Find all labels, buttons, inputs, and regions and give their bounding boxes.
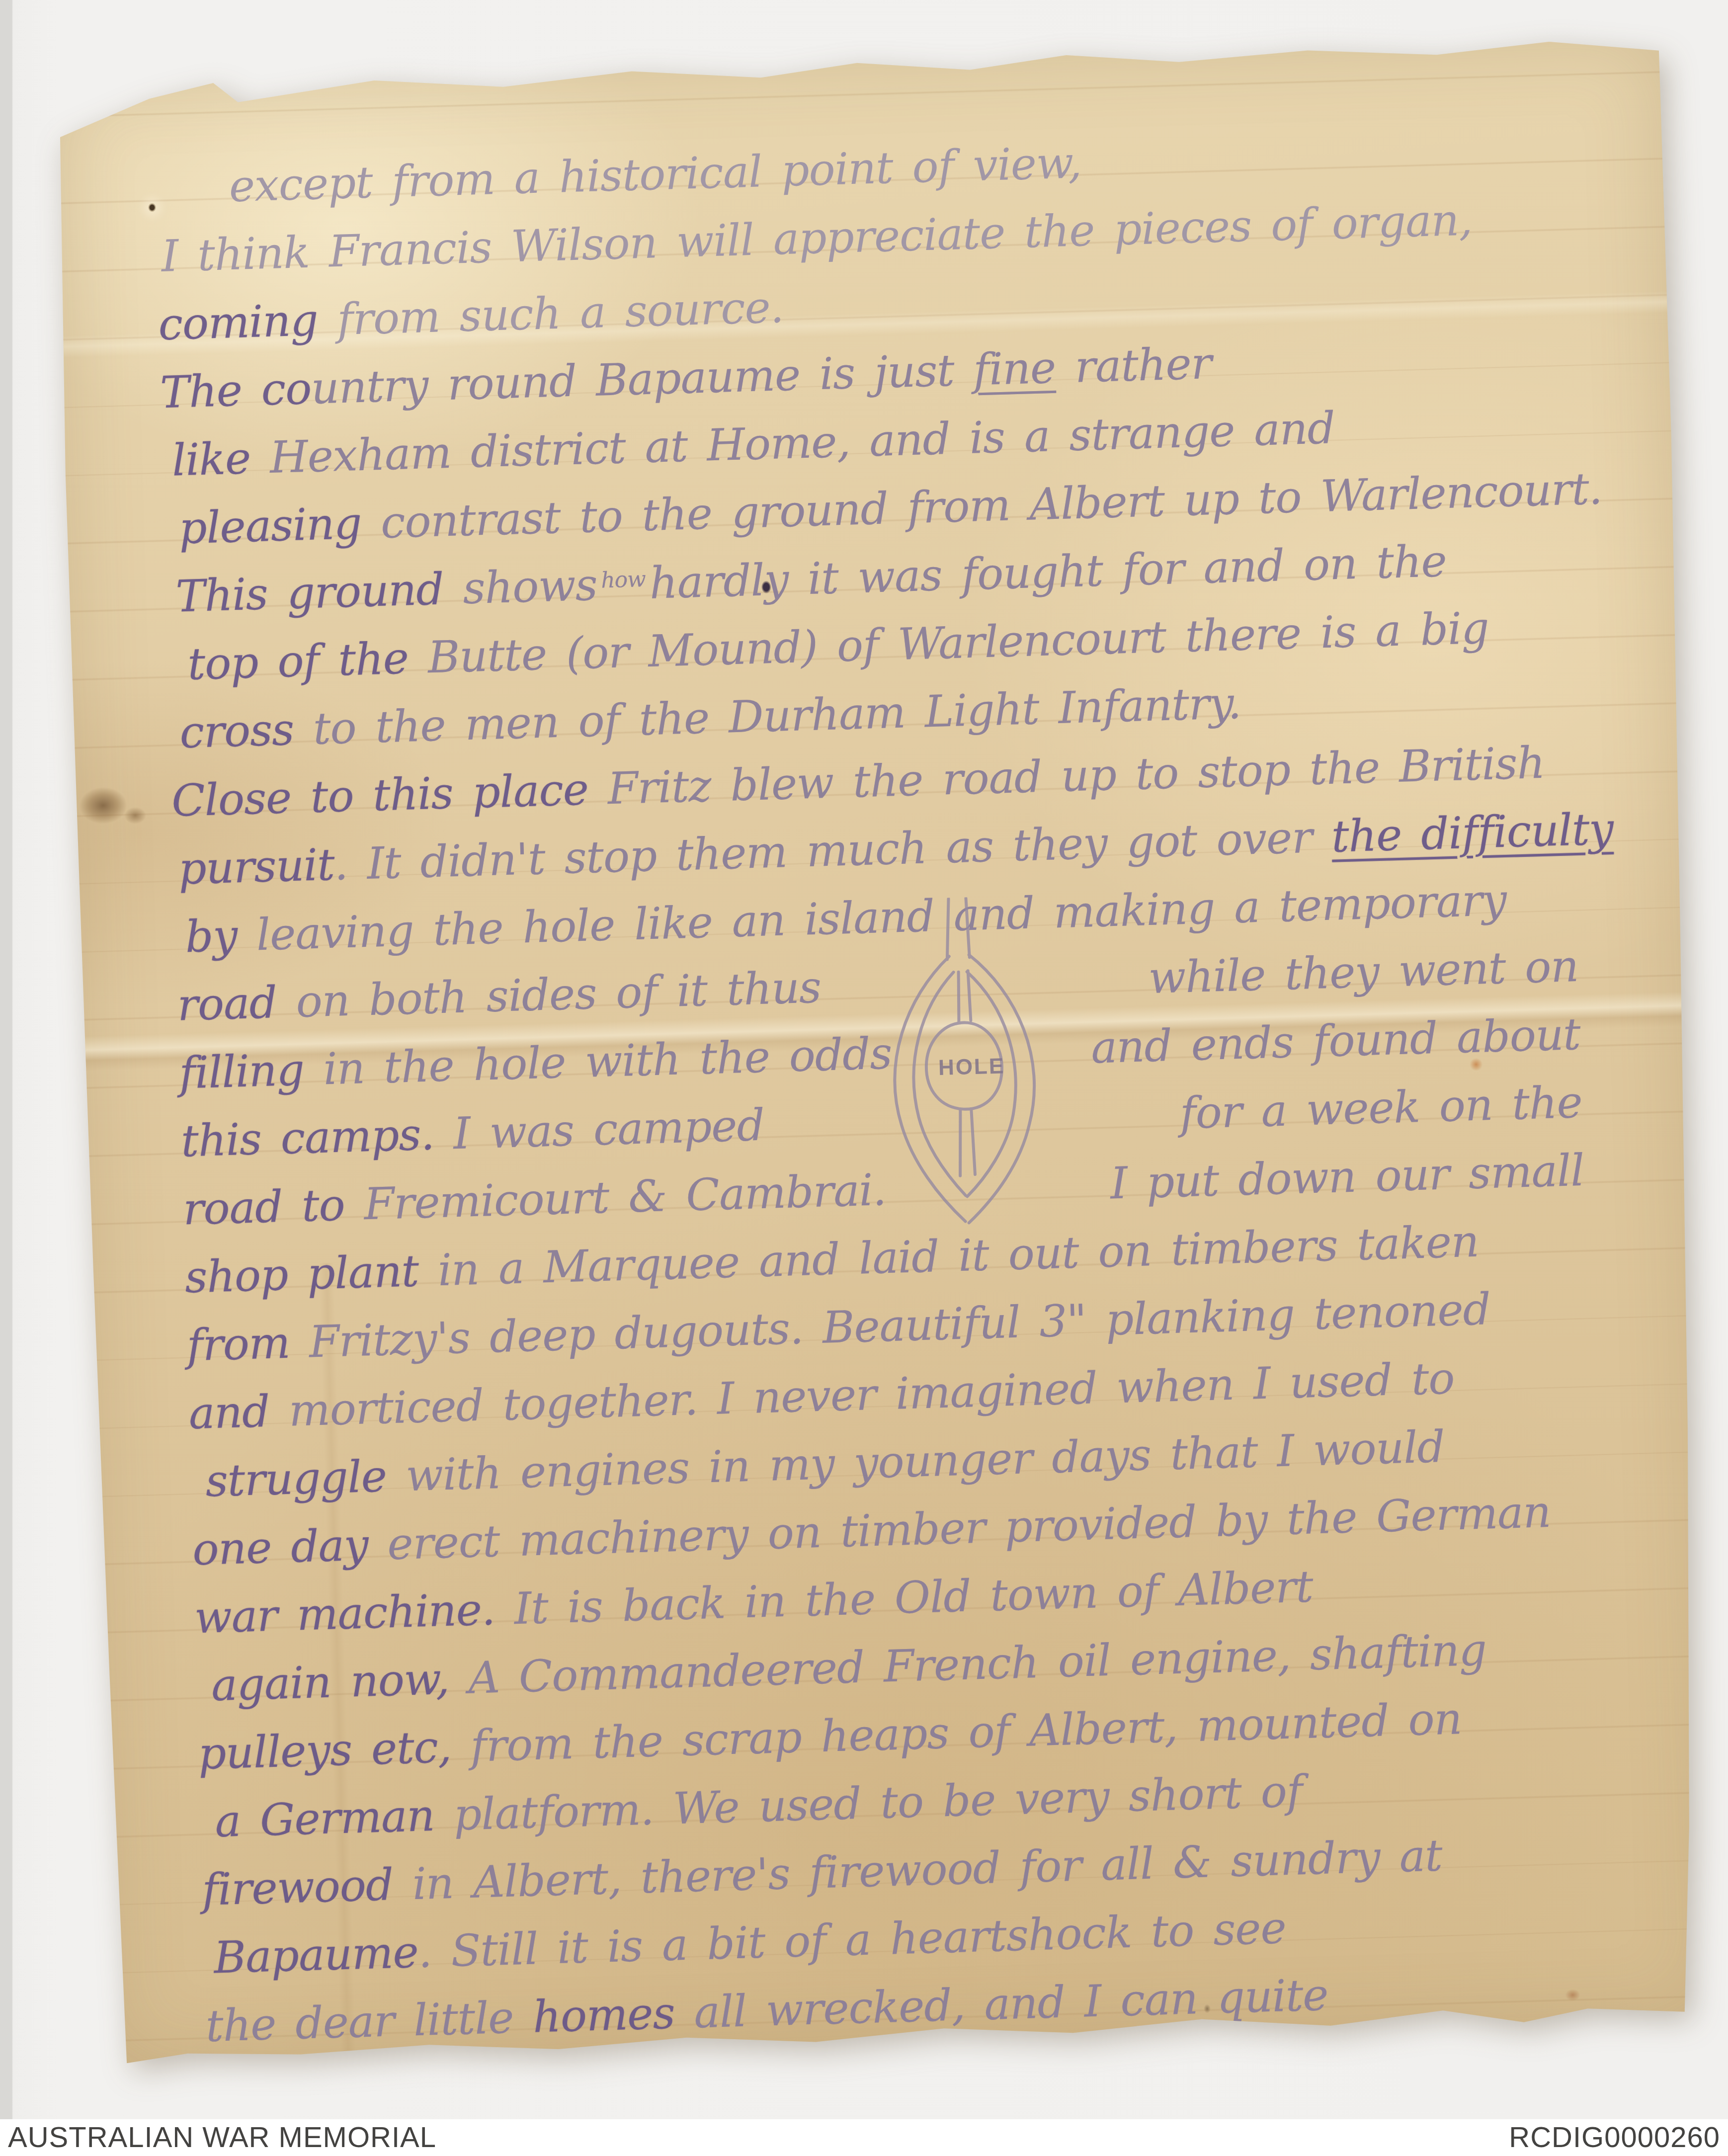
handwritten-segment: I was camped	[433, 1099, 765, 1160]
handwritten-segment: on both sides of it thus	[276, 962, 822, 1028]
handwritten-segment: struggle	[205, 1450, 387, 1506]
handwritten-segment: shop plant	[184, 1245, 419, 1303]
handwritten-segment: one day	[192, 1519, 369, 1575]
road-line	[958, 1110, 962, 1176]
footer-reference-id: RCDIG0000260	[1509, 2123, 1720, 2152]
handwritten-segment: Close to this place	[171, 763, 589, 826]
handwritten-segment: hardly it was fought for and on the	[649, 535, 1447, 609]
handwritten-segment: how	[601, 567, 646, 593]
handwritten-segment-group: I put down our small	[1109, 1136, 1585, 1218]
road-line	[971, 1110, 975, 1174]
handwritten-segment: pulleys etc,	[197, 1721, 452, 1779]
handwritten-segment: the difficulty	[1331, 803, 1614, 862]
handwritten-segment: I put down our small	[1110, 1145, 1585, 1209]
handwritten-segment: Bapaume	[213, 1926, 419, 1983]
scanned-letter-image: except from a historical point of view,I…	[0, 0, 1728, 2156]
handwritten-segment: This ground	[175, 563, 444, 622]
handwritten-segment: and	[188, 1386, 270, 1439]
handwritten-segment: like	[171, 432, 251, 486]
handwritten-segment: cross	[179, 704, 294, 758]
handwritten-segment: again now,	[211, 1653, 450, 1711]
road-line	[966, 898, 969, 957]
footer-bar: AUSTRALIAN WAR MEMORIAL RCDIG0000260	[0, 2119, 1728, 2156]
handwritten-segment-group: while they went on	[1148, 932, 1579, 1012]
road-line	[945, 899, 950, 959]
handwritten-segment: from	[186, 1317, 291, 1371]
road-line	[958, 972, 960, 1022]
handwritten-segment: coming	[158, 294, 319, 350]
handwritten-segment: filling	[178, 1044, 305, 1099]
handwritten-segment: the dear little	[205, 1991, 534, 2052]
handwritten-segment: and ends found about	[1090, 1008, 1581, 1073]
handwritten-segment-group: and ends found about	[1090, 1000, 1581, 1081]
handwritten-segment: this camps.	[180, 1108, 435, 1166]
handwritten-segment: pursuit	[178, 839, 335, 895]
road-line	[968, 971, 971, 1020]
foxing-spot	[1658, 2014, 1670, 2025]
handwritten-segment: by	[185, 910, 238, 962]
handwritten-segment: untry round Bapaume is just	[311, 344, 974, 414]
handwritten-segment: road	[176, 977, 277, 1031]
handwritten-segment: while they went on	[1148, 940, 1579, 1003]
handwritten-segment: shows	[443, 559, 598, 615]
handwritten-segment: homes	[532, 1988, 675, 2043]
outer-detour-right	[962, 953, 1038, 1223]
handwritten-segment: all wrecked, and I can quite	[674, 1969, 1329, 2039]
handwritten-segment: firewood	[201, 1859, 394, 1915]
handwritten-segment: rather	[1055, 337, 1212, 393]
handwritten-segment: pleasing	[178, 498, 362, 554]
handwritten-segment-group: for a week on the	[1179, 1068, 1583, 1148]
hole-label: HOLE	[938, 1054, 1005, 1080]
handwritten-segment: in the hole with the odds	[303, 1028, 893, 1095]
handwritten-segment: from such a source.	[317, 281, 784, 345]
handwritten-segment: road to	[182, 1179, 345, 1235]
handwritten-segment: top of the	[187, 632, 428, 689]
handwritten-segment: Fremicourt & Cambrai.	[344, 1164, 887, 1230]
hole-diagram: HOLE	[843, 895, 1076, 1229]
handwritten-segment: for a week on the	[1179, 1077, 1583, 1139]
handwritten-segment-group: coming from such a source.	[158, 281, 784, 350]
letter-page: except from a historical point of view,I…	[52, 33, 1718, 2070]
handwritten-segment: war machine.	[194, 1583, 495, 1643]
handwritten-segment: The co	[160, 363, 312, 418]
paper-shadow-wrap: except from a historical point of view,I…	[0, 0, 1728, 2156]
footer-institution: AUSTRALIAN WAR MEMORIAL	[8, 2123, 436, 2152]
handwritten-segment: a German	[214, 1790, 435, 1847]
handwritten-segment: fine	[973, 342, 1056, 396]
